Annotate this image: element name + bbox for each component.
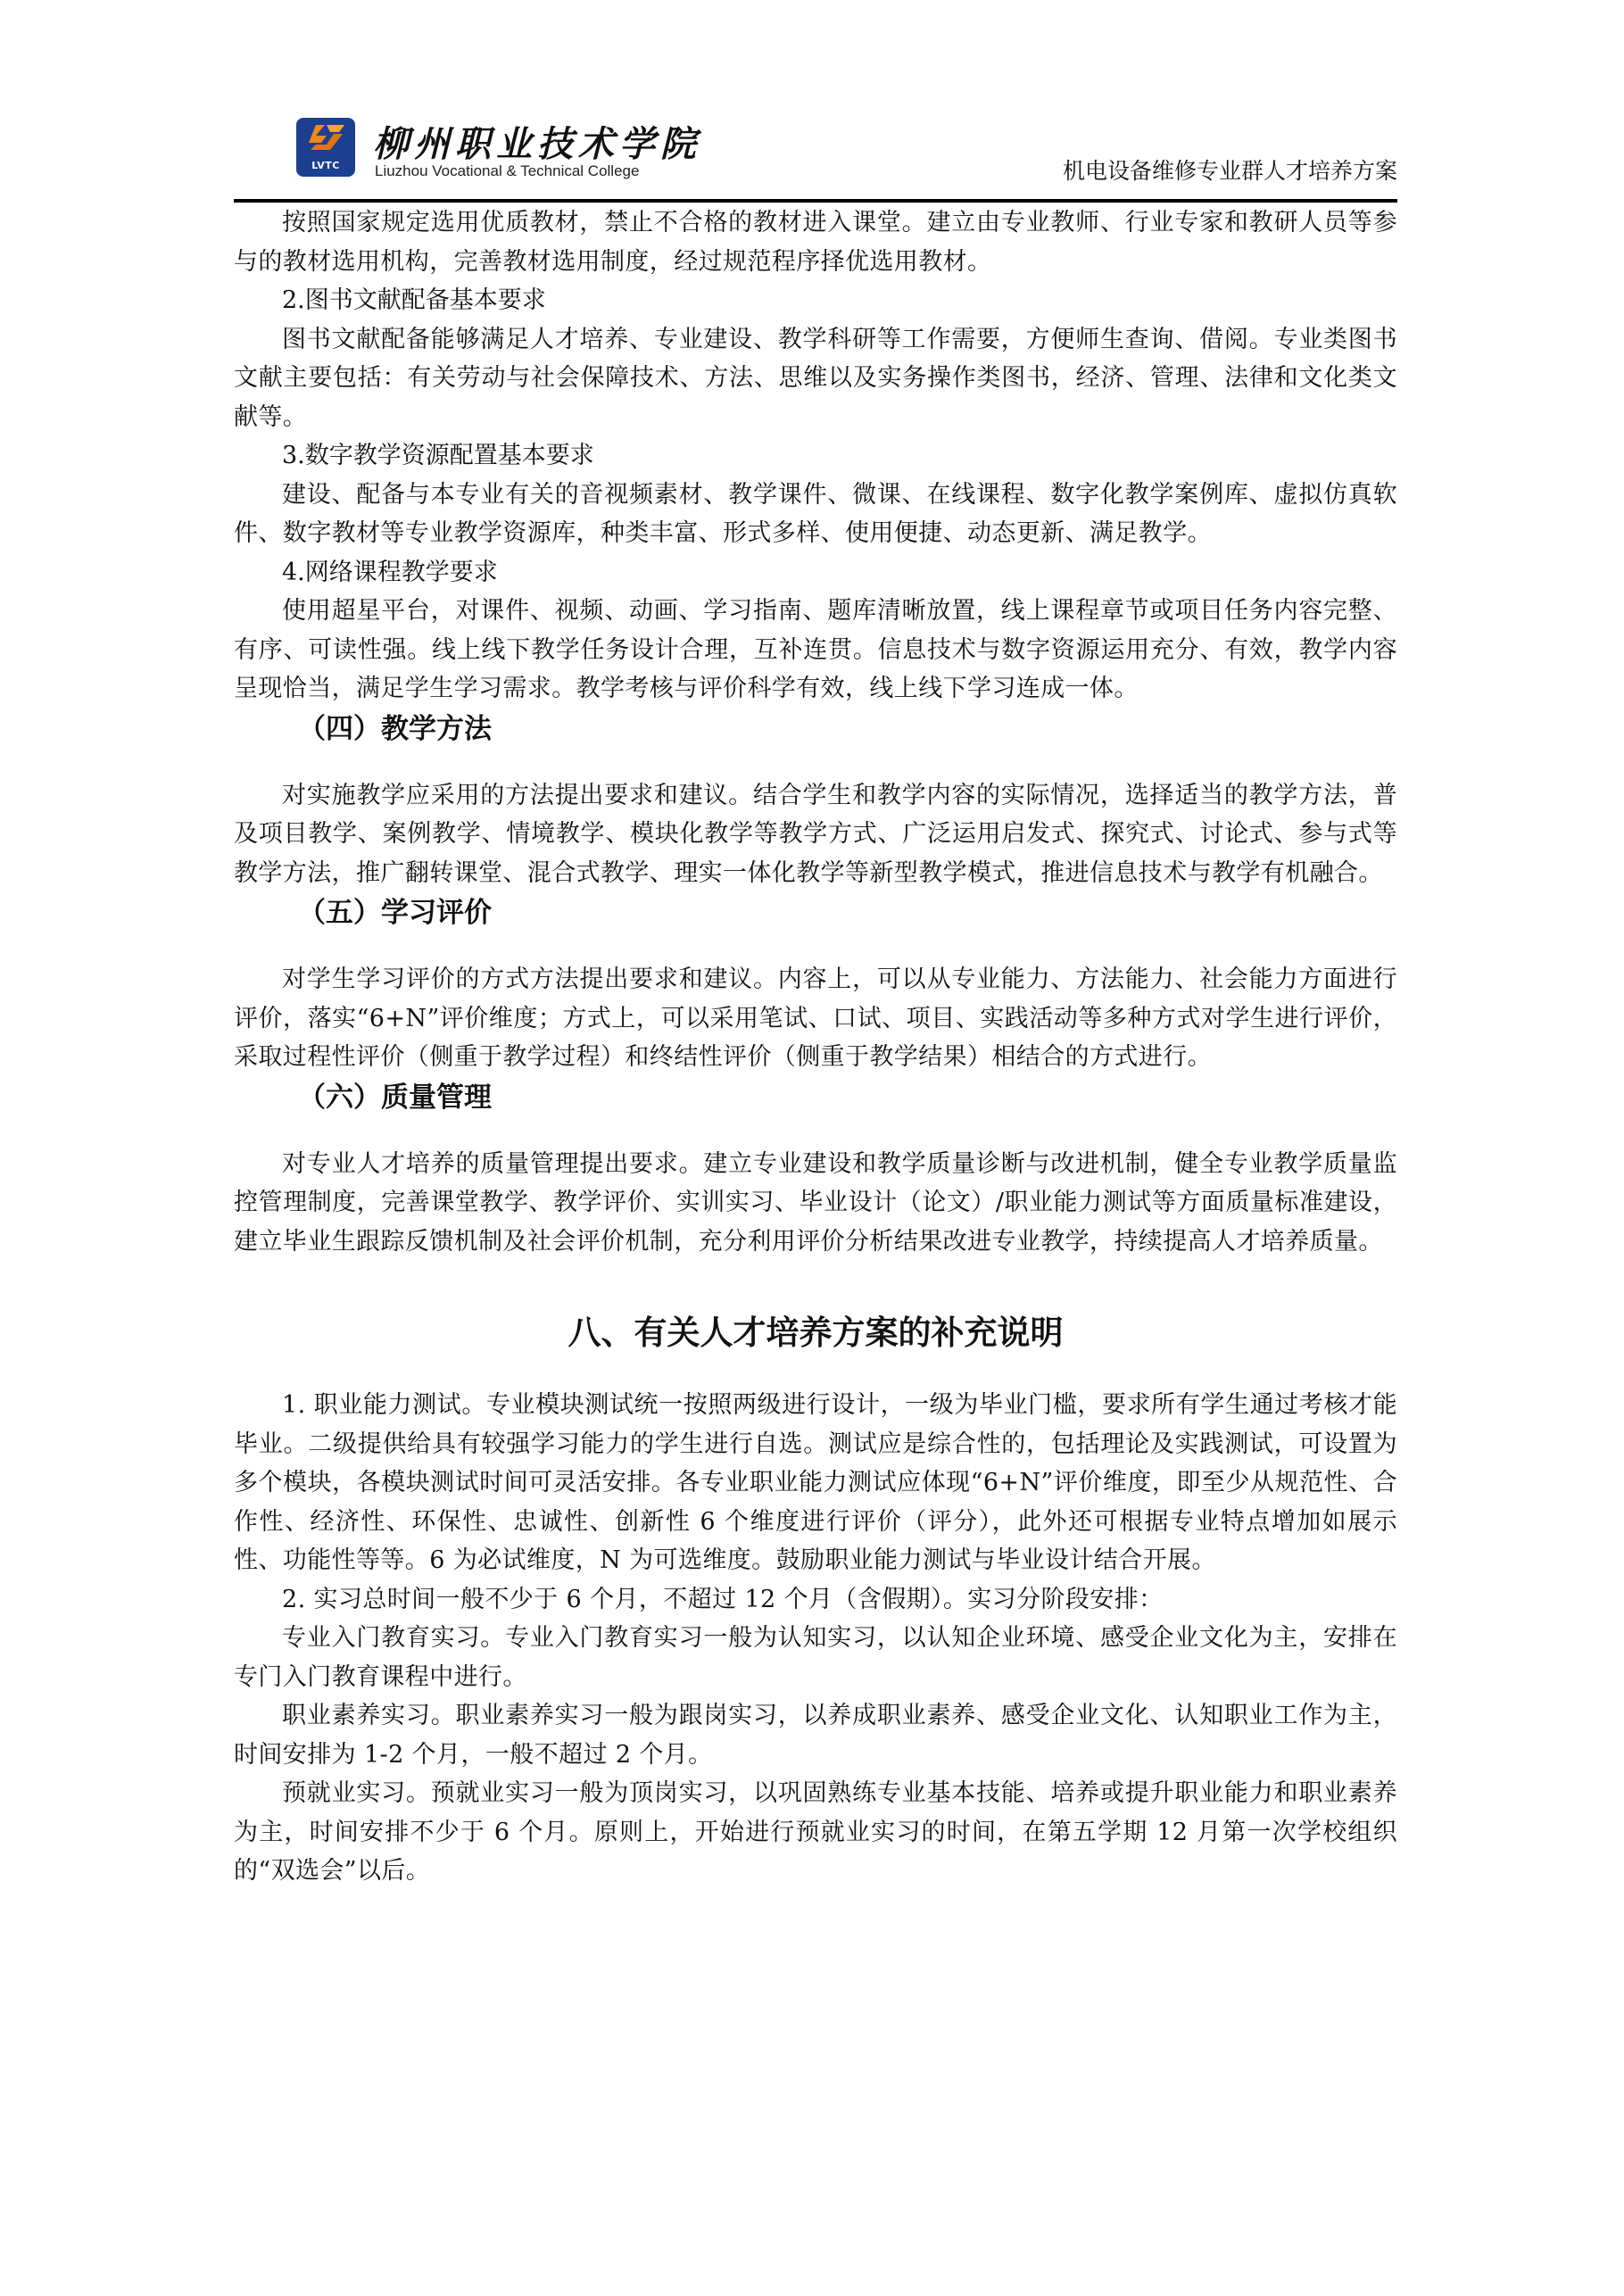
logo-badge-text: LVTC: [296, 160, 355, 171]
paragraph-library: 图书文献配备能够满足人才培养、专业建设、教学科研等工作需要，方便师生查询、借阅。…: [234, 320, 1397, 437]
paragraph-online-course: 使用超星平台，对课件、视频、动画、学习指南、题库清晰放置，线上课程章节或项目任务…: [234, 592, 1397, 709]
college-logo-icon: LVTC: [296, 118, 355, 177]
chapter-heading-supplement: 八、有关人才培养方案的补充说明: [234, 1311, 1397, 1355]
subheading-digital-resources: 3.数字教学资源配置基本要求: [234, 436, 1397, 476]
document-title: 机电设备维修专业群人才培养方案: [1063, 153, 1397, 186]
page-header: LVTC 柳州职业技术学院 Liuzhou Vocational & Techn…: [234, 107, 1397, 203]
section-heading-teaching-methods: （四）教学方法: [234, 709, 1397, 750]
document-body: 按照国家规定选用优质教材，禁止不合格的教材进入课堂。建立由专业教师、行业专家和教…: [234, 203, 1397, 1891]
subheading-online-course: 4.网络课程教学要求: [234, 553, 1397, 593]
paragraph-teaching-methods: 对实施教学应采用的方法提出要求和建议。结合学生和教学内容的实际情况，选择适当的教…: [234, 776, 1397, 893]
paragraph-quality-management: 对专业人才培养的质量管理提出要求。建立专业建设和教学质量诊断与改进机制，健全专业…: [234, 1145, 1397, 1262]
paragraph-textbook-selection: 按照国家规定选用优质教材，禁止不合格的教材进入课堂。建立由专业教师、行业专家和教…: [234, 203, 1397, 281]
paragraph-learning-evaluation: 对学生学习评价的方式方法提出要求和建议。内容上，可以从专业能力、方法能力、社会能…: [234, 960, 1397, 1077]
lvtc-emblem-icon: [303, 123, 348, 159]
paragraph-pre-employment-internship: 预就业实习。预就业实习一般为顶岗实习，以巩固熟练专业基本技能、培养或提升职业能力…: [234, 1774, 1397, 1891]
section-heading-quality-management: （六）质量管理: [234, 1077, 1397, 1118]
header-divider: [234, 199, 1397, 203]
subheading-library-requirements: 2.图书文献配备基本要求: [234, 281, 1397, 320]
paragraph-digital-resources: 建设、配备与本专业有关的音视频素材、教学课件、微课、在线课程、数字化教学案例库、…: [234, 476, 1397, 553]
paragraph-internship-duration: 2. 实习总时间一般不少于 6 个月，不超过 12 个月（含假期）。实习分阶段安…: [234, 1580, 1397, 1620]
paragraph-quality-internship: 职业素养实习。职业素养实习一般为跟岗实习，以养成职业素养、感受企业文化、认知职业…: [234, 1696, 1397, 1774]
paragraph-ability-test: 1. 职业能力测试。专业模块测试统一按照两级进行设计，一级为毕业门槛，要求所有学…: [234, 1386, 1397, 1580]
paragraph-intro-internship: 专业入门教育实习。专业入门教育实习一般为认知实习，以认知企业环境、感受企业文化为…: [234, 1619, 1397, 1696]
section-heading-learning-evaluation: （五）学习评价: [234, 892, 1397, 933]
college-name-cn: 柳州职业技术学院: [373, 116, 701, 167]
college-name-en: Liuzhou Vocational & Technical College: [375, 162, 639, 180]
